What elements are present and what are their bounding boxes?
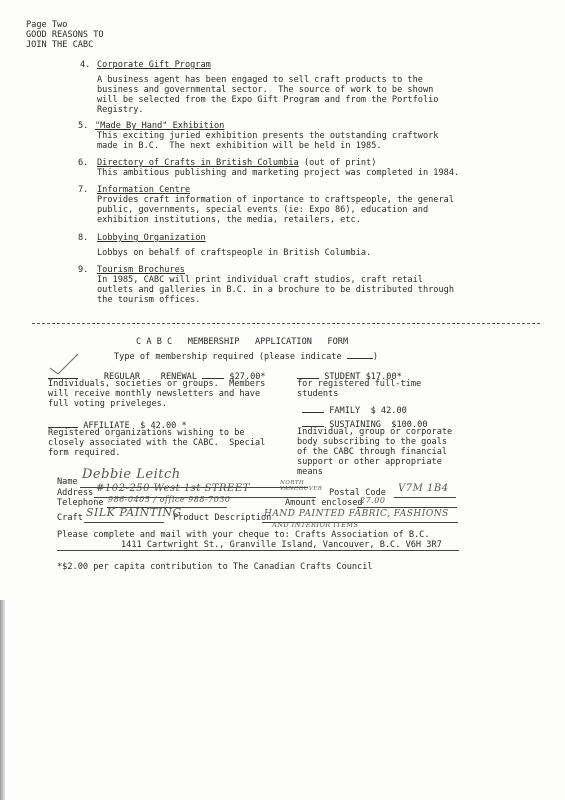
item-text: the tourism offices. — [97, 295, 200, 306]
sustaining-desc: body subscribing to the goals — [297, 437, 447, 448]
footnote: *$2.00 per capita contribution to The Ca… — [57, 562, 373, 573]
postal-code-value: V7M 1B4 — [398, 484, 449, 495]
student-desc: students — [297, 389, 338, 400]
item-title-row: Directory of Crafts in British Columbia … — [97, 158, 376, 169]
item-text: exhibition institutions, the media, reta… — [97, 215, 361, 226]
address-city: NORTH VANCOUVER — [280, 480, 320, 492]
item-title: "Made By Hand" Exhibition — [95, 121, 224, 132]
item-number: 9. — [78, 265, 88, 276]
amount-value: 27.00 — [360, 496, 385, 507]
sustaining-desc: means — [297, 467, 323, 478]
item-title: Tourism Brochures — [97, 265, 185, 276]
item-text: business and governmental sector. The so… — [97, 85, 433, 96]
item-text: public, governments, special events (ie:… — [97, 205, 428, 216]
address-label: Address — [57, 488, 93, 499]
regular-desc: Individuals, societies or groups. Member… — [48, 379, 265, 390]
regular-checkbox[interactable] — [48, 370, 78, 379]
family-checkbox[interactable] — [302, 404, 324, 413]
item-title: Information Centre — [97, 185, 190, 196]
item-number: 6. — [78, 158, 88, 169]
renewal-checkbox[interactable] — [202, 370, 224, 379]
indicate-blank — [347, 350, 373, 359]
student-desc: for registered full-time — [297, 379, 421, 390]
item-text: Provides craft information of inportance… — [97, 195, 454, 206]
item-text: made in B.C. The next exhibition will be… — [97, 141, 382, 152]
product-description-value: HAND PAINTED FABRIC, FASHIONS — [264, 509, 449, 520]
mail-address-rule — [57, 540, 459, 551]
amount-label: Amount enclosed — [285, 498, 363, 509]
page-label: Page Two — [26, 20, 67, 31]
item-text: A business agent has been engaged to sel… — [97, 75, 423, 86]
sustaining-desc: support or other appropriate — [297, 457, 442, 468]
affiliate-checkbox[interactable] — [48, 419, 78, 428]
sustaining-checkbox[interactable] — [302, 418, 324, 427]
item-text: Registry. — [97, 105, 144, 116]
name-label: Name — [57, 477, 78, 488]
name-value: Debbie Leitch — [82, 470, 181, 481]
cut-line — [32, 323, 540, 324]
regular-desc: full voting priveleges. — [48, 399, 167, 410]
header-line-2: GOOD REASONS TO — [26, 30, 104, 41]
craft-label: Craft — [57, 513, 83, 524]
scan-edge — [0, 600, 5, 800]
item-text: Lobbys on behalf of craftspeople in Brit… — [97, 248, 371, 259]
item-number: 7. — [78, 185, 88, 196]
telephone-value: 986-0405 / office 988-7030 — [108, 495, 231, 506]
student-checkbox[interactable] — [297, 370, 319, 379]
item-title-suffix: (out of print) — [299, 158, 377, 168]
affiliate-desc: Registered organizations wishing to be — [48, 428, 245, 439]
item-title: Directory of Crafts in British Columbia — [97, 158, 299, 168]
form-title: C A B C MEMBERSHIP APPLICATION FORM — [136, 337, 348, 348]
item-number: 4. — [80, 60, 90, 71]
mail-instruction: Please complete and mail with your chequ… — [57, 530, 430, 541]
craft-value: SILK PAINTING — [86, 508, 182, 519]
product-description-value-2: AND INTERIOR ITEMS — [272, 520, 359, 531]
item-text: In 1985, CABC will print individual craf… — [97, 275, 423, 286]
item-text: This exciting juried exhibition presents… — [97, 131, 438, 142]
item-title: Lobbying Organization — [97, 233, 206, 244]
affiliate-desc: form required. — [48, 448, 120, 459]
item-text: This ambitious publishing and marketing … — [97, 168, 459, 179]
sustaining-desc: Individual, group or corporate — [297, 427, 452, 438]
item-text: will be selected from the Expo Gift Prog… — [97, 95, 438, 106]
family-option[interactable]: FAMILY $ 42.00 — [302, 404, 407, 417]
form-instruction: Type of membership required (please indi… — [114, 352, 342, 362]
instruction-end: ) — [373, 352, 378, 362]
item-number: 5. — [78, 121, 88, 132]
family-label: FAMILY $ 42.00 — [329, 406, 407, 416]
header-line-3: JOIN THE CABC — [26, 40, 93, 51]
item-text: outlets and galleries in B.C. in a broch… — [97, 285, 454, 296]
sustaining-desc: of the CABC through financial — [297, 447, 447, 458]
item-number: 8. — [78, 233, 88, 244]
form-instruction-row: Type of membership required (please indi… — [114, 350, 378, 363]
product-description-label: Product Description — [173, 513, 271, 524]
item-title: Corporate Gift Program — [97, 60, 211, 71]
affiliate-desc: closely associated with the CABC. Specia… — [48, 438, 265, 449]
regular-desc: will receive monthly newsletters and hav… — [48, 389, 260, 400]
address-value: #102-250 West 1st STREET — [96, 484, 250, 495]
